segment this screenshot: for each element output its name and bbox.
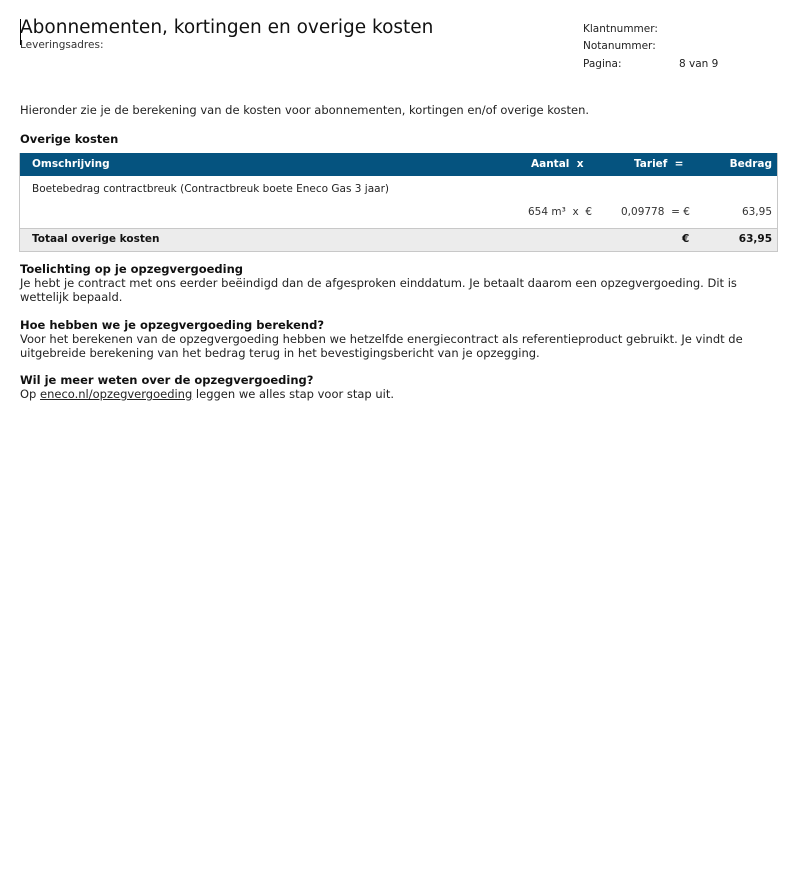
intro-text: Hieronder zie je de berekening van de ko…	[20, 103, 589, 117]
row-quantity: 654 m³ x €	[528, 206, 592, 218]
more-info-suffix: leggen we alles stap voor stap uit.	[192, 387, 394, 401]
section-title: Overige kosten	[20, 132, 118, 146]
col-amount: Bedrag	[730, 158, 772, 170]
col-rate: Tarief =	[634, 158, 683, 170]
explanation-text: Je hebt je contract met ons eerder beëin…	[20, 276, 780, 304]
row-rate: 0,09778 = €	[621, 206, 690, 218]
calculation-title: Hoe hebben we je opzegvergoeding bereken…	[20, 318, 780, 332]
customer-number-label: Klantnummer:	[583, 23, 679, 35]
customer-number-row: Klantnummer:	[583, 20, 718, 38]
opzegvergoeding-link[interactable]: eneco.nl/opzegvergoeding	[40, 387, 192, 401]
calculation-block: Hoe hebben we je opzegvergoeding bereken…	[20, 318, 780, 360]
row-amount: 63,95	[742, 206, 772, 218]
page-label: Pagina:	[583, 58, 679, 70]
total-label: Totaal overige kosten	[32, 233, 159, 245]
table-header: Omschrijving Aantal x Tarief = Bedrag	[20, 153, 777, 176]
col-quantity: Aantal x	[531, 158, 583, 170]
costs-table: Omschrijving Aantal x Tarief = Bedrag Bo…	[19, 153, 778, 252]
invoice-number-label: Notanummer:	[583, 40, 679, 52]
more-info-title: Wil je meer weten over de opzegvergoedin…	[20, 373, 780, 387]
col-description: Omschrijving	[32, 158, 110, 170]
page-value: 8 van 9	[679, 58, 718, 70]
explanation-title: Toelichting op je opzegvergoeding	[20, 262, 780, 276]
page-title: Abonnementen, kortingen en overige koste…	[20, 17, 433, 38]
more-info-prefix: Op	[20, 387, 40, 401]
more-info-block: Wil je meer weten over de opzegvergoedin…	[20, 373, 780, 401]
row-description: Boetebedrag contractbreuk (Contractbreuk…	[32, 183, 389, 195]
total-row: Totaal overige kosten € 63,95	[20, 228, 777, 251]
table-row-calculation: 654 m³ x € 0,09778 = € 63,95	[20, 200, 777, 228]
table-row: Boetebedrag contractbreuk (Contractbreuk…	[20, 176, 777, 200]
delivery-address-label: Leveringsadres:	[20, 39, 103, 51]
invoice-number-row: Notanummer:	[583, 38, 718, 56]
total-currency: €	[682, 233, 689, 245]
page-row: Pagina: 8 van 9	[583, 55, 718, 73]
explanation-block: Toelichting op je opzegvergoeding Je heb…	[20, 262, 780, 304]
total-amount: 63,95	[739, 233, 772, 245]
calculation-text: Voor het berekenen van de opzegvergoedin…	[20, 332, 780, 360]
more-info-text: Op eneco.nl/opzegvergoeding leggen we al…	[20, 387, 780, 401]
invoice-meta: Klantnummer: Notanummer: Pagina: 8 van 9	[583, 20, 718, 73]
